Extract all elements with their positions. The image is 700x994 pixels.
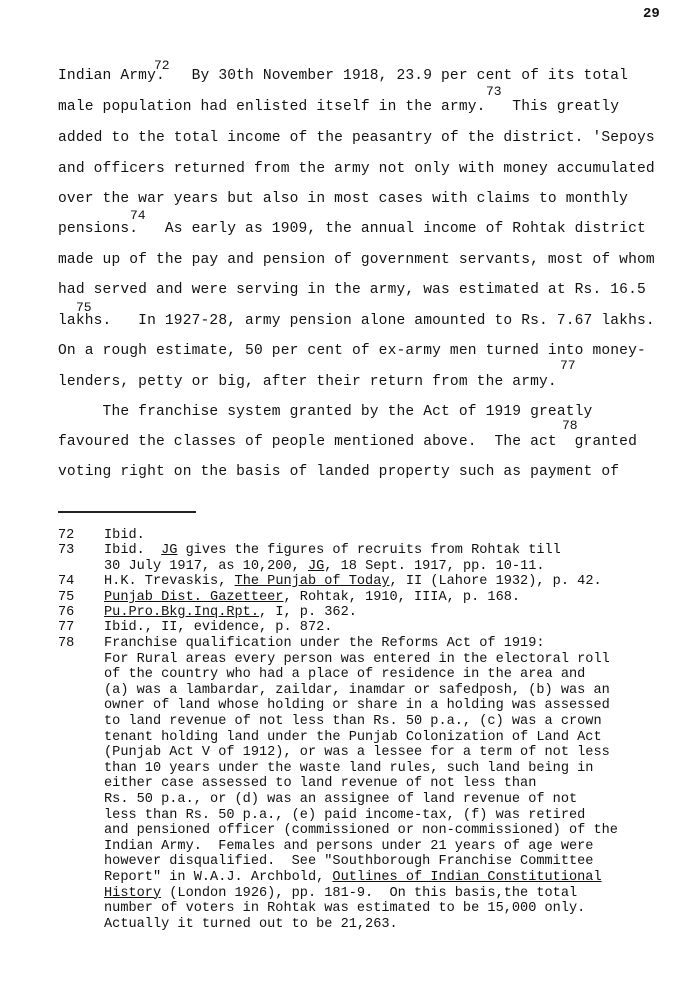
footnote-text: Report" in W.A.J. Archbold, Outlines of … bbox=[104, 870, 602, 886]
page-number: 29 bbox=[643, 6, 660, 22]
footnote-text: Franchise qualification under the Reform… bbox=[104, 636, 545, 652]
footnote-reference: 78 bbox=[562, 418, 578, 433]
footnote-text: Punjab Dist. Gazetteer, Rohtak, 1910, II… bbox=[104, 590, 520, 606]
footnote-text: however disqualified. See "Southborough … bbox=[104, 854, 593, 870]
footnote-reference: 73 bbox=[486, 84, 502, 99]
body-line: pensions. As early as 1909, the annual i… bbox=[58, 221, 646, 237]
footnote-text: tenant holding land under the Punjab Col… bbox=[104, 730, 602, 746]
footnote-text: Indian Army. Females and persons under 2… bbox=[104, 839, 593, 855]
body-line: and officers returned from the army not … bbox=[58, 161, 655, 177]
footnote-text: and pensioned officer (commissioned or n… bbox=[104, 823, 618, 839]
footnote-text: than 10 years under the waste land rules… bbox=[104, 761, 593, 777]
footnote-text: Actually it turned out to be 21,263. bbox=[104, 917, 398, 933]
footnote-text: to land revenue of not less than Rs. 50 … bbox=[104, 714, 602, 730]
footnote-text: less than Rs. 50 p.a., (e) paid income-t… bbox=[104, 808, 585, 824]
footnote-number: 74 bbox=[58, 574, 74, 590]
body-line: added to the total income of the peasant… bbox=[58, 130, 655, 146]
footnote-text: Rs. 50 p.a., or (d) was an assignee of l… bbox=[104, 792, 577, 808]
footnote-text: Pu.Pro.Bkg.Inq.Rpt., I, p. 362. bbox=[104, 605, 357, 621]
footnote-number: 75 bbox=[58, 590, 74, 606]
footnote-reference: 77 bbox=[560, 358, 576, 373]
footnote-text: number of voters in Rohtak was estimated… bbox=[104, 901, 585, 917]
footnote-number: 77 bbox=[58, 620, 74, 636]
body-line: The franchise system granted by the Act … bbox=[58, 404, 592, 420]
footnote-text: owner of land whose holding or share in … bbox=[104, 698, 610, 714]
footnote-text: either case assessed to land revenue of … bbox=[104, 776, 536, 792]
body-line: over the war years but also in most case… bbox=[58, 191, 628, 207]
footnote-text: of the country who had a place of reside… bbox=[104, 667, 585, 683]
footnote-text: History (London 1926), pp. 181-9. On thi… bbox=[104, 886, 577, 902]
footnote-number: 78 bbox=[58, 636, 74, 652]
footnote-reference: 74 bbox=[130, 208, 146, 223]
footnote-text: (Punjab Act V of 1912), or was a lessee … bbox=[104, 745, 610, 761]
footnote-reference: 75 bbox=[76, 300, 92, 315]
footnote-number: 72 bbox=[58, 528, 74, 544]
footnote-text: Ibid., II, evidence, p. 872. bbox=[104, 620, 332, 636]
footnote-text: H.K. Trevaskis, The Punjab of Today, II … bbox=[104, 574, 602, 590]
footnote-text: Ibid. JG gives the figures of recruits f… bbox=[104, 543, 561, 559]
body-line: male population had enlisted itself in t… bbox=[58, 99, 619, 115]
footnote-number: 73 bbox=[58, 543, 74, 559]
footnote-reference: 72 bbox=[154, 58, 170, 73]
body-line: lenders, petty or big, after their retur… bbox=[58, 374, 557, 390]
body-line: On a rough estimate, 50 per cent of ex-a… bbox=[58, 343, 646, 359]
body-line: made up of the pay and pension of govern… bbox=[58, 252, 655, 268]
footnote-text: 30 July 1917, as 10,200, JG, 18 Sept. 19… bbox=[104, 559, 545, 575]
footnote-number: 76 bbox=[58, 605, 74, 621]
footnote-text: For Rural areas every person was entered… bbox=[104, 652, 610, 668]
body-line: Indian Army. By 30th November 1918, 23.9… bbox=[58, 68, 628, 84]
body-line: lakhs. In 1927-28, army pension alone am… bbox=[58, 313, 655, 329]
body-line: voting right on the basis of landed prop… bbox=[58, 464, 619, 480]
footnote-text: (a) was a lambardar, zaildar, inamdar or… bbox=[104, 683, 610, 699]
footnote-text: Ibid. bbox=[104, 528, 145, 544]
body-line: had served and were serving in the army,… bbox=[58, 282, 646, 298]
footnote-separator bbox=[58, 511, 196, 513]
body-line: favoured the classes of people mentioned… bbox=[58, 434, 637, 450]
